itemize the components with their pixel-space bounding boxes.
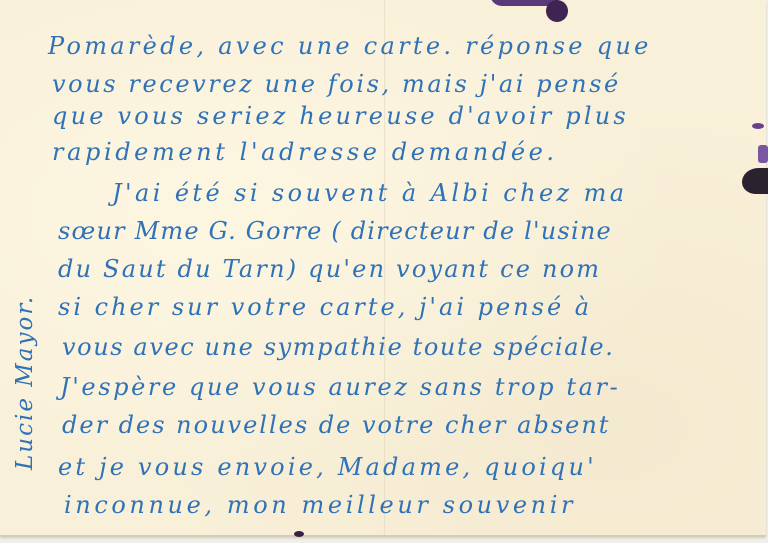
letter-page: Pomarède, avec une carte. réponse que vo… bbox=[0, 0, 766, 536]
ink-blot-right-small bbox=[752, 123, 764, 129]
ink-blot-top-drip bbox=[546, 0, 568, 22]
letter-line-12: et je vous envoie, Madame, quoiqu' bbox=[58, 452, 597, 482]
letter-line-4: rapidement l'adresse demandée. bbox=[52, 137, 558, 167]
letter-line-10: J'espère que vous aurez sans trop tar- bbox=[60, 372, 620, 402]
letter-line-2: vous recevrez une fois, mais j'ai pensé bbox=[52, 69, 621, 99]
letter-line-8: si cher sur votre carte, j'ai pensé à bbox=[58, 292, 592, 322]
letter-line-7: du Saut du Tarn) qu'en voyant ce nom bbox=[58, 254, 601, 284]
signature: Lucie Mayor. bbox=[12, 295, 38, 470]
letter-line-3: que vous seriez heureuse d'avoir plus bbox=[52, 101, 629, 131]
letter-line-9: vous avec une sympathie toute spéciale. bbox=[62, 332, 614, 362]
ink-blot-right-large bbox=[742, 168, 768, 194]
letter-line-1: Pomarède, avec une carte. réponse que bbox=[48, 31, 652, 61]
ink-blot-bottom bbox=[294, 531, 304, 537]
letter-line-13: inconnue, mon meilleur souvenir bbox=[64, 490, 576, 520]
letter-line-11: der des nouvelles de votre cher absent bbox=[62, 410, 610, 440]
letter-line-5: J'ai été si souvent à Albi chez ma bbox=[112, 178, 628, 208]
letter-line-6: sœur Mme G. Gorre ( directeur de l'usine bbox=[58, 216, 612, 246]
ink-blot-right bbox=[758, 145, 768, 163]
